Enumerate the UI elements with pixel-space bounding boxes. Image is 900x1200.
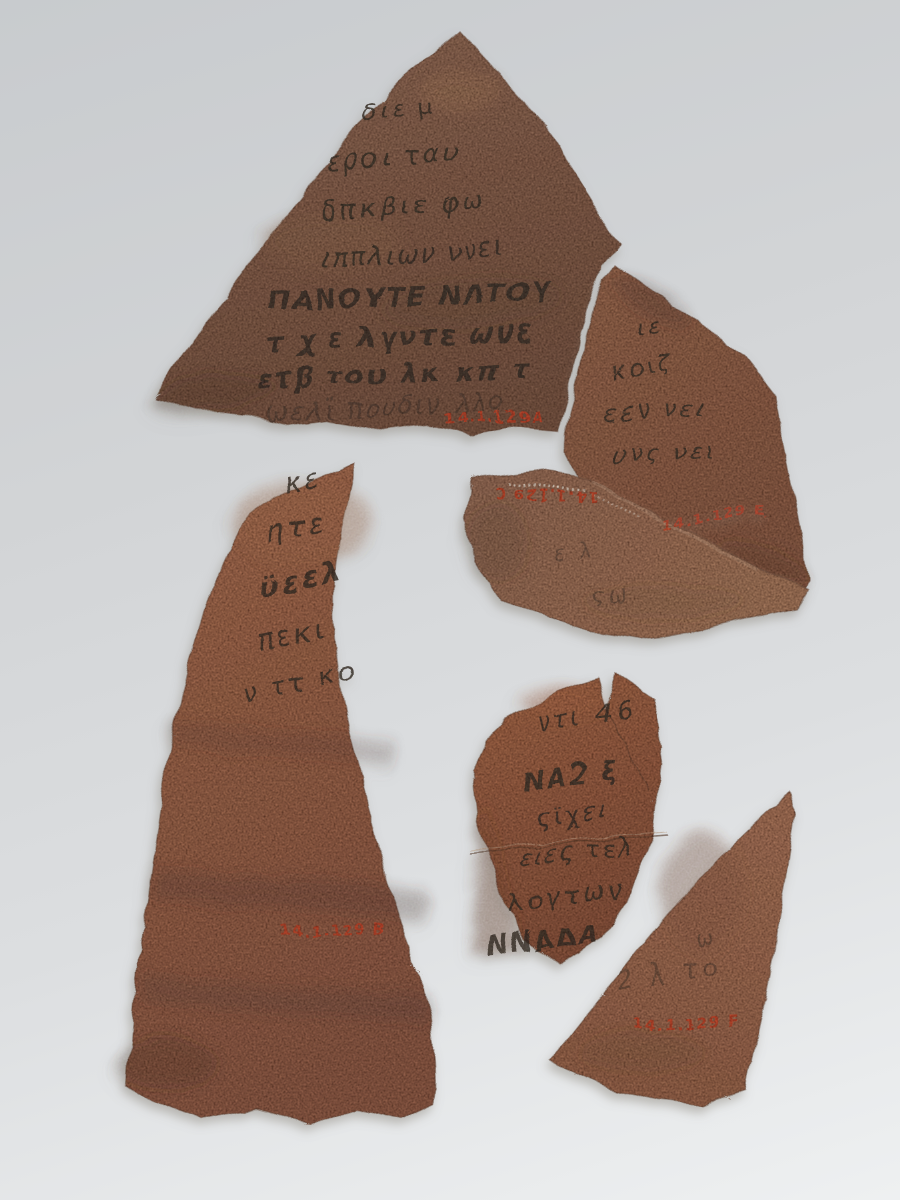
ink-line: ε λ bbox=[551, 535, 597, 564]
accession-stamp: 14.1.129A bbox=[442, 405, 541, 425]
ink-line: ω bbox=[692, 921, 718, 951]
fragment-middle-small: ντι 46 ΝΑ2 ξ ςϊχει ειες τελ λογτων ΝΝΑΔΑ bbox=[467, 671, 665, 963]
ink-line: ιε bbox=[633, 311, 662, 339]
ostraca-photo: διε μ εροι ταυ δπκβιε φω ιππλιων ννει ΠΑ… bbox=[0, 0, 900, 1200]
photo-canvas: διε μ εροι ταυ δπκβιε φω ιππλιων ννει ΠΑ… bbox=[0, 0, 900, 1200]
fragment-top-triangle: διε μ εροι ταυ δπκβιε φω ιππλιων ννει ΠΑ… bbox=[146, 28, 618, 432]
accession-stamp-inverted: 14.1.129 C bbox=[490, 481, 596, 503]
accession-stamp: 14.1.129 F bbox=[631, 1010, 736, 1032]
fragment-bottom-left-shape bbox=[126, 460, 435, 1122]
ink-line: υνς νει bbox=[609, 433, 715, 466]
fragment-bottom-left: κε ητε ϋεελ πεκι ν ττ κο 14.1.129 B bbox=[117, 457, 435, 1122]
ink-line: εεν νει bbox=[603, 391, 707, 424]
ink-line: ςω bbox=[586, 577, 628, 608]
